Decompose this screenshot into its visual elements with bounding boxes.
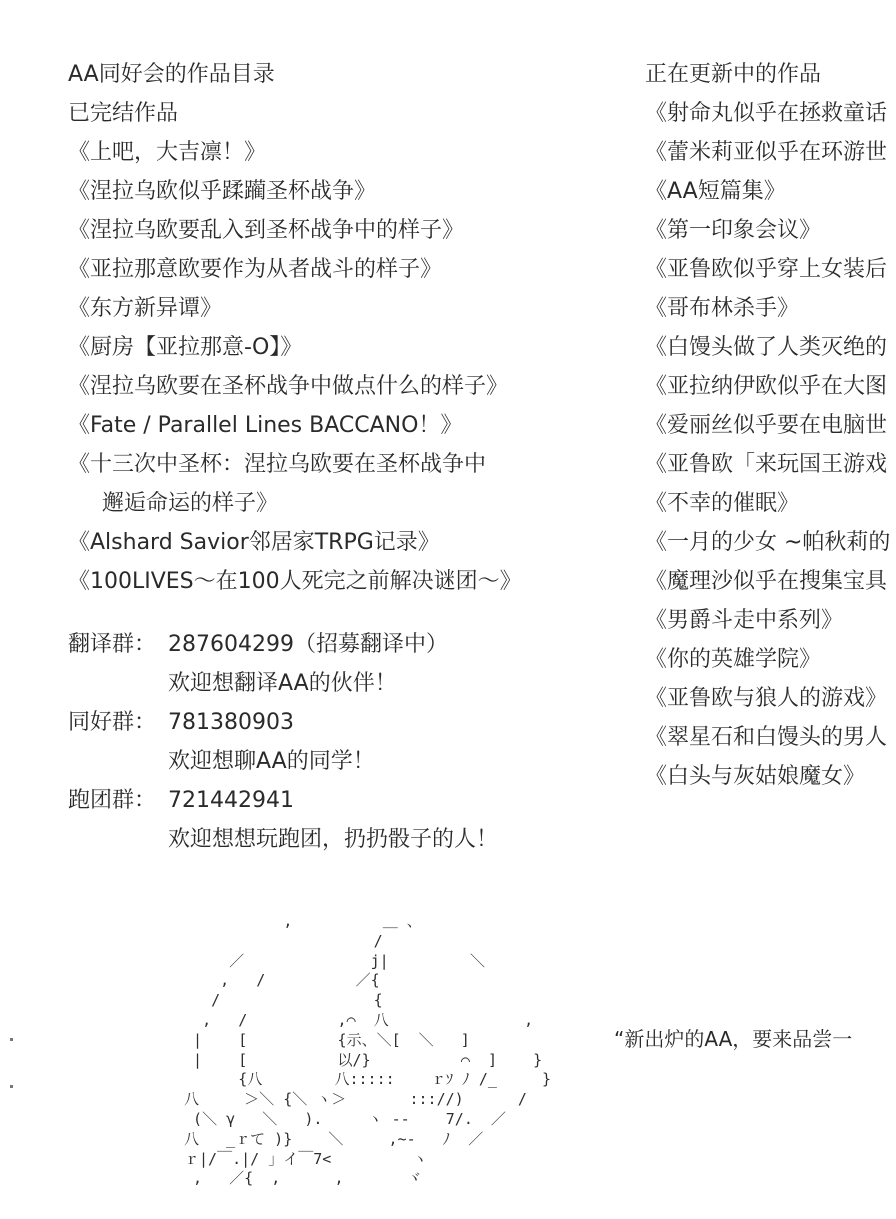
contact-label: 同好群： [68, 703, 168, 742]
contact-number: 287604299（招募翻译中） [168, 625, 448, 664]
section-spacer [68, 601, 522, 625]
contact-label: 翻译群： [68, 625, 168, 664]
contact-number: 781380903 [168, 703, 294, 742]
updating-work-item: 《亚鲁欧「来玩国王游戏 [645, 445, 896, 484]
margin-speck [10, 1038, 13, 1041]
contact-group-trpg: 跑团群： 721442941 欢迎想想玩跑团，扔扔骰子的人！ [68, 781, 522, 859]
completed-work-item: 《涅拉乌欧要乱入到圣杯战争中的样子》 [68, 211, 522, 250]
left-column: AA同好会的作品目录 已完结作品 《上吧，大吉凛！》 《涅拉乌欧似乎蹂躏圣杯战争… [68, 55, 522, 859]
updating-work-item: 《不幸的催眠》 [645, 484, 896, 523]
catalog-title: AA同好会的作品目录 [68, 55, 522, 94]
completed-work-item: 《东方新异谭》 [68, 289, 522, 328]
completed-work-item: 《十三次中圣杯：涅拉乌欧要在圣杯战争中 [68, 445, 522, 484]
updating-works-list: 《射命丸似乎在拯救童话 《蕾米莉亚似乎在环游世 《AA短篇集》 《第一印象会议》… [645, 94, 896, 796]
updating-work-item: 《白馒头做了人类灭绝的 [645, 328, 896, 367]
updating-work-item: 《魔理沙似乎在搜集宝具 [645, 562, 896, 601]
contact-number: 721442941 [168, 781, 294, 820]
updating-work-item: 《翠星石和白馒头的男人 [645, 718, 896, 757]
contact-groups: 翻译群： 287604299（招募翻译中） 欢迎想翻译AA的伙伴！ 同好群： 7… [68, 625, 522, 859]
updating-work-item: 《亚鲁欧似乎穿上女装后 [645, 250, 896, 289]
updating-work-item: 《爱丽丝似乎要在电脑世 [645, 406, 896, 445]
completed-work-item: 《涅拉乌欧似乎蹂躏圣杯战争》 [68, 172, 522, 211]
contact-note: 欢迎想翻译AA的伙伴！ [68, 664, 522, 703]
completed-work-item: 《Fate / Parallel Lines BACCANO！》 [68, 406, 522, 445]
updating-work-item: 《白头与灰姑娘魔女》 [645, 757, 896, 796]
completed-work-item: 《100LIVES～在100人死完之前解决谜团～》 [68, 562, 522, 601]
caption-quote: “新出炉的AA，要来品尝一 [614, 1023, 852, 1052]
contact-note: 欢迎想想玩跑团，扔扔骰子的人！ [68, 820, 522, 859]
updating-work-item: 《蕾米莉亚似乎在环游世 [645, 133, 896, 172]
updating-heading: 正在更新中的作品 [645, 55, 896, 94]
updating-work-item: 《哥布林杀手》 [645, 289, 896, 328]
margin-speck [10, 1085, 13, 1088]
right-column: 正在更新中的作品 《射命丸似乎在拯救童话 《蕾米莉亚似乎在环游世 《AA短篇集》… [645, 55, 896, 796]
contact-group-translation: 翻译群： 287604299（招募翻译中） 欢迎想翻译AA的伙伴！ [68, 625, 522, 703]
ascii-art-figure: , ＿ 、 / ／ j| ＼ , / ／{ / { , / ,⌒ 八 , | [… [175, 912, 551, 1189]
updating-work-item: 《男爵斗走中系列》 [645, 601, 896, 640]
updating-work-item: 《一月的少女 ~帕秋莉的 [645, 523, 896, 562]
contact-label: 跑团群： [68, 781, 168, 820]
completed-work-item: 《上吧，大吉凛！》 [68, 133, 522, 172]
completed-work-item: 《亚拉那意欧要作为从者战斗的样子》 [68, 250, 522, 289]
completed-heading: 已完结作品 [68, 94, 522, 133]
document-page: AA同好会的作品目录 已完结作品 《上吧，大吉凛！》 《涅拉乌欧似乎蹂躏圣杯战争… [0, 0, 896, 1219]
completed-work-item: 《Alshard Savior邻居家TRPG记录》 [68, 523, 522, 562]
contact-note: 欢迎想聊AA的同学！ [68, 742, 522, 781]
updating-work-item: 《射命丸似乎在拯救童话 [645, 94, 896, 133]
completed-work-item-continuation: 邂逅命运的样子》 [68, 484, 522, 523]
updating-work-item: 《你的英雄学院》 [645, 640, 896, 679]
updating-work-item: 《第一印象会议》 [645, 211, 896, 250]
completed-work-item: 《厨房【亚拉那意-O】》 [68, 328, 522, 367]
updating-work-item: 《亚拉纳伊欧似乎在大图 [645, 367, 896, 406]
updating-work-item: 《AA短篇集》 [645, 172, 896, 211]
updating-work-item: 《亚鲁欧与狼人的游戏》 [645, 679, 896, 718]
completed-works-list: 《上吧，大吉凛！》 《涅拉乌欧似乎蹂躏圣杯战争》 《涅拉乌欧要乱入到圣杯战争中的… [68, 133, 522, 601]
completed-work-item: 《涅拉乌欧要在圣杯战争中做点什么的样子》 [68, 367, 522, 406]
contact-group-fans: 同好群： 781380903 欢迎想聊AA的同学！ [68, 703, 522, 781]
